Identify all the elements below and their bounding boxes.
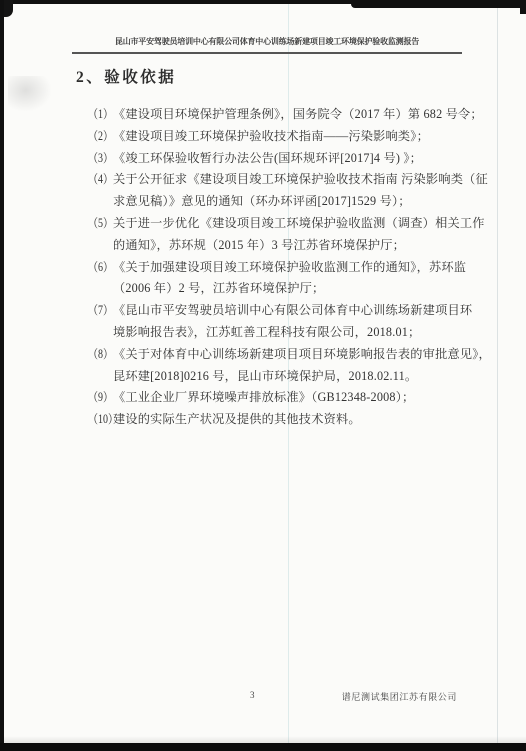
list-item: （10）建设的实际生产状况及提供的其他技术资料。 [88, 409, 468, 431]
item-line: 《工业企业厂界环境噪声排放标准》（GB12348-2008）； [113, 387, 468, 409]
scan-edge-left [0, 0, 4, 751]
scan-line-artifact [497, 0, 498, 751]
list-item: （6）《关于加强建设项目竣工环境保护验收监测工作的通知》，苏环监（2006 年）… [88, 257, 468, 301]
section-title: 2、验收依据 [76, 69, 176, 86]
item-text: 建设的实际生产状况及提供的其他技术资料。 [113, 409, 468, 431]
item-line: 《竣工环保验收暂行办法公告(国环规环评[2017]4 号) 》； [113, 148, 468, 170]
item-line: 关于公开征求《建设项目竣工环境保护验收技术指南 污染影响类（征 [113, 169, 468, 191]
scan-edge-top-right [351, 0, 526, 8]
item-line: 《关于加强建设项目竣工环境保护验收监测工作的通知》，苏环监 [113, 257, 468, 279]
list-item: （1）《建设项目环境保护管理条例》，国务院令（2017 年）第 682 号令； [88, 104, 468, 126]
item-text: 《关于加强建设项目竣工环境保护验收监测工作的通知》，苏环监（2006 年）2 号… [113, 257, 468, 301]
item-number: （9） [88, 387, 109, 409]
scan-smudge [8, 76, 52, 112]
item-number: （6） [88, 257, 109, 279]
item-number: （4） [88, 169, 109, 191]
item-text: 《工业企业厂界环境噪声排放标准》（GB12348-2008）； [113, 387, 468, 409]
item-line: 建设的实际生产状况及提供的其他技术资料。 [113, 409, 468, 431]
reference-list: （1）《建设项目环境保护管理条例》，国务院令（2017 年）第 682 号令；（… [88, 104, 468, 431]
scan-bottom-shadow [0, 736, 526, 743]
list-item: （7）《昆山市平安驾驶员培训中心有限公司体育中心训练场新建项目环境影响报告表》，… [88, 300, 468, 344]
list-item: （4）关于公开征求《建设项目竣工环境保护验收技术指南 污染影响类（征求意见稿）》… [88, 169, 468, 213]
footer-company: 谱尼测试集团江苏有限公司 [342, 690, 457, 703]
list-item: （9）《工业企业厂界环境噪声排放标准》（GB12348-2008）； [88, 387, 468, 409]
item-number: （7） [88, 300, 109, 322]
list-item: （5）关于进一步优化《建设项目竣工环境保护验收监测（调查）相关工作的通知》，苏环… [88, 213, 468, 257]
item-number: （10） [88, 409, 109, 431]
item-text: 《竣工环保验收暂行办法公告(国环规环评[2017]4 号) 》； [113, 148, 468, 170]
scan-corner-top-right [520, 0, 526, 14]
item-line: 关于进一步优化《建设项目竣工环境保护验收监测（调查）相关工作 [113, 213, 468, 235]
item-number: （1） [88, 104, 109, 126]
list-item: （3）《竣工环保验收暂行办法公告(国环规环评[2017]4 号) 》； [88, 148, 468, 170]
item-text: 《建设项目竣工环境保护验收技术指南——污染影响类》； [113, 126, 468, 148]
item-line: 境影响报告表》，江苏虹善工程科技有限公司，2018.01； [113, 322, 468, 344]
item-line: 《关于对体育中心训练场新建项目项目环境影响报告表的审批意见》， [113, 344, 468, 366]
item-number: （8） [88, 344, 109, 366]
item-line: 《建设项目竣工环境保护验收技术指南——污染影响类》； [113, 126, 468, 148]
item-line: （2006 年）2 号，江苏省环境保护厅； [113, 278, 468, 300]
item-text: 《关于对体育中心训练场新建项目项目环境影响报告表的审批意见》，昆环建[2018]… [113, 344, 468, 388]
item-text: 《建设项目环境保护管理条例》，国务院令（2017 年）第 682 号令； [113, 104, 468, 126]
item-text: 关于公开征求《建设项目竣工环境保护验收技术指南 污染影响类（征求意见稿）》意见的… [113, 169, 468, 213]
item-line: 昆环建[2018]0216 号，昆山市环境保护局，2018.02.11。 [113, 366, 468, 388]
item-number: （3） [88, 148, 109, 170]
page-footer: 3 谱尼测试集团江苏有限公司 [0, 690, 526, 704]
page-number: 3 [250, 690, 255, 700]
item-text: 关于进一步优化《建设项目竣工环境保护验收监测（调查）相关工作的通知》，苏环规（2… [113, 213, 468, 257]
item-line: 《昆山市平安驾驶员培训中心有限公司体育中心训练场新建项目环 [113, 300, 468, 322]
list-item: （2）《建设项目竣工环境保护验收技术指南——污染影响类》； [88, 126, 468, 148]
item-number: （2） [88, 126, 109, 148]
item-number: （5） [88, 213, 109, 235]
item-line: 求意见稿）》意见的通知（环办环评函[2017]1529 号）； [113, 191, 468, 213]
item-line: 的通知》，苏环规（2015 年）3 号江苏省环境保护厅； [113, 235, 468, 257]
item-line: 《建设项目环境保护管理条例》，国务院令（2017 年）第 682 号令； [113, 104, 468, 126]
page-header: 昆山市平安驾驶员培训中心有限公司体育中心训练场新建项目竣工环境保护验收监测报告 [72, 36, 462, 54]
header-text: 昆山市平安驾驶员培训中心有限公司体育中心训练场新建项目竣工环境保护验收监测报告 [115, 37, 419, 46]
list-item: （8）《关于对体育中心训练场新建项目项目环境影响报告表的审批意见》，昆环建[20… [88, 344, 468, 388]
scan-edge-bottom [0, 743, 526, 751]
item-text: 《昆山市平安驾驶员培训中心有限公司体育中心训练场新建项目环境影响报告表》，江苏虹… [113, 300, 468, 344]
